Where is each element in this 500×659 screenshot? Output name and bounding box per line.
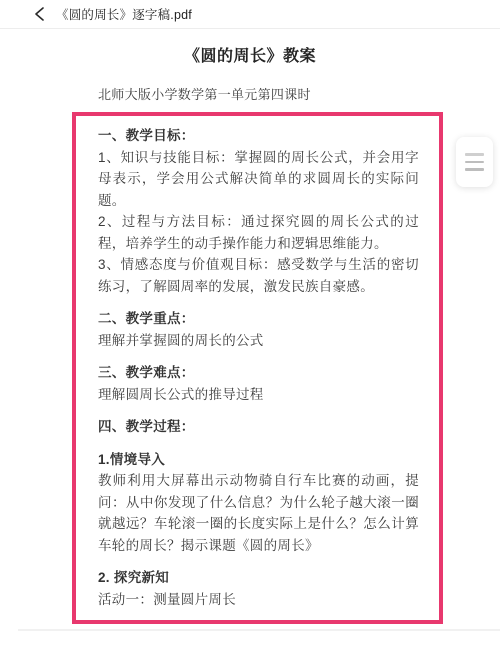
section-paragraph: 理解并掌握圆的周长的公式	[98, 330, 419, 352]
section-paragraph: 2、过程与方法目标：通过探究圆的周长公式的过程，培养学生的动手操作能力和逻辑思维…	[98, 211, 419, 254]
section-paragraph: 活动一：测量圆片周长	[98, 589, 419, 611]
section-situation-intro: 1.情境导入 教师利用大屏幕出示动物骑自行车比赛的动画，提问：从中你发现了什么信…	[98, 449, 419, 557]
section-heading: 四、教学过程：	[98, 416, 419, 438]
section-paragraph: 3、情感态度与价值观目标：感受数学与生活的密切练习，了解圆周率的发展，激发民族自…	[98, 254, 419, 297]
section-teaching-process: 四、教学过程：	[98, 416, 419, 438]
section-paragraph: 理解圆周长公式的推导过程	[98, 384, 419, 406]
section-teaching-focus: 二、教学重点： 理解并掌握圆的周长的公式	[98, 308, 419, 351]
section-paragraph: 教师利用大屏幕出示动物骑自行车比赛的动画，提问：从中你发现了什么信息？为什么轮子…	[98, 470, 419, 556]
section-teaching-difficulty: 三、教学难点： 理解圆周长公式的推导过程	[98, 362, 419, 405]
doc-title: 《圆的周长》教案	[0, 43, 500, 66]
nav-bar: 《圆的周长》逐字稿.pdf	[0, 0, 500, 29]
section-heading: 三、教学难点：	[98, 362, 419, 384]
section-heading: 2. 探究新知	[98, 567, 419, 589]
document-page: 《圆的周长》教案 北师大版小学数学第一单元第四课时 一、教学目标： 1、知识与技…	[0, 43, 500, 624]
doc-subtitle: 北师大版小学数学第一单元第四课时	[98, 84, 500, 103]
outline-button[interactable]	[456, 137, 493, 187]
section-heading: 二、教学重点：	[98, 308, 419, 330]
section-heading: 1.情境导入	[98, 449, 419, 471]
back-icon[interactable]	[33, 7, 47, 21]
highlight-box: 一、教学目标： 1、知识与技能目标：掌握圆的周长公式，并会用字母表示，学会用公式…	[72, 112, 443, 624]
section-paragraph: 1、知识与技能目标：掌握圆的周长公式，并会用字母表示，学会用公式解决简单的求圆周…	[98, 147, 419, 212]
section-heading: 一、教学目标：	[98, 125, 419, 147]
page-separator	[18, 629, 500, 631]
section-teaching-objectives: 一、教学目标： 1、知识与技能目标：掌握圆的周长公式，并会用字母表示，学会用公式…	[98, 125, 419, 297]
filename: 《圆的周长》逐字稿.pdf	[56, 5, 192, 23]
section-explore-new-knowledge: 2. 探究新知 活动一：测量圆片周长	[98, 567, 419, 610]
